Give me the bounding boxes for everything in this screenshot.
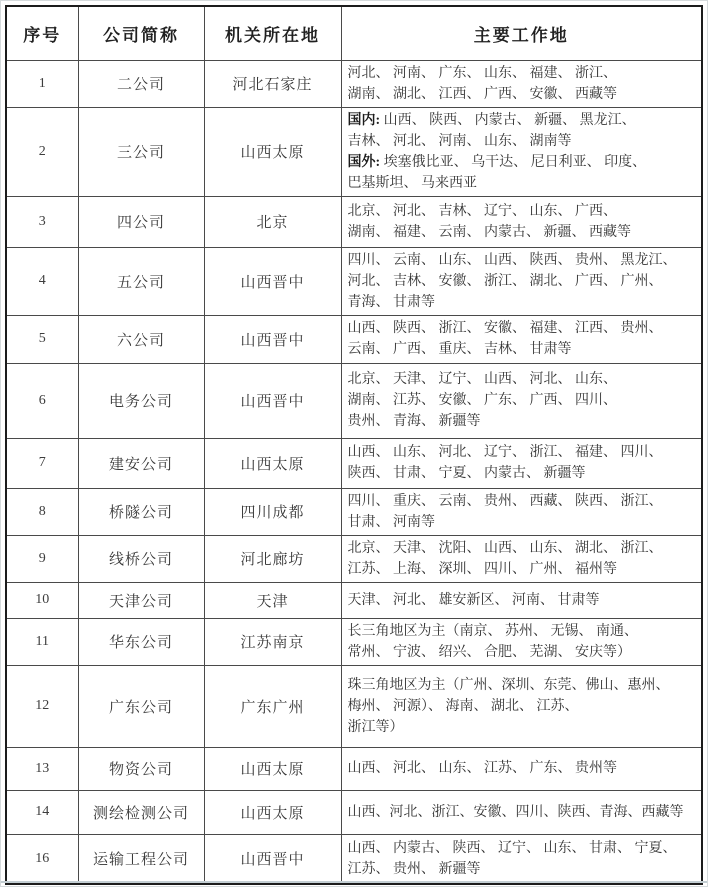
company-name-cell: 建安公司: [78, 438, 204, 488]
hq-location-cell: 河北石家庄: [204, 60, 341, 107]
table-row: 8桥隧公司四川成都四川、 重庆、 云南、 贵州、 西藏、 陕西、 浙江、 甘肃、…: [6, 488, 702, 535]
table-body: 1二公司河北石家庄河北、 河南、 广东、 山东、 福建、 浙江、 湖南、 湖北、…: [6, 60, 702, 884]
table-row: 9线桥公司河北廊坊北京、 天津、 沈阳、 山西、 山东、 湖北、 浙江、 江苏、…: [6, 535, 702, 582]
work-location-line: 长三角地区为主（南京、 苏州、 无锡、 南通、 常州、 宁波、 绍兴、 合肥、 …: [348, 621, 696, 663]
hq-location-cell: 天津: [204, 582, 341, 618]
table-row: 14测绘检测公司山西太原山西、河北、浙江、安徽、四川、陕西、青海、西藏等: [6, 790, 702, 834]
row-number-cell: 3: [6, 196, 78, 247]
company-name-cell: 二公司: [78, 60, 204, 107]
work-location-cell: 山西、 陕西、 浙江、 安徽、 福建、 江西、 贵州、 云南、 广西、 重庆、 …: [341, 315, 702, 363]
company-name-cell: 电务公司: [78, 363, 204, 438]
company-name-cell: 广东公司: [78, 665, 204, 747]
work-location-line: 山西、 河北、 山东、 江苏、 广东、 贵州等: [348, 758, 696, 779]
work-location-line: 珠三角地区为主（广州、深圳、东莞、佛山、惠州、 梅州、 河源）、 海南、 湖北、…: [348, 675, 696, 738]
header-cell-worklocation: 主要工作地: [341, 6, 702, 60]
work-location-text: 山西、 陕西、 内蒙古、 新疆、 黑龙江、 吉林、 河北、 河南、 山东、 湖南…: [348, 113, 636, 149]
work-location-text: 山西、河北、浙江、安徽、四川、陕西、青海、西藏等: [348, 805, 684, 820]
table-row: 4五公司山西晋中四川、 云南、 山东、 山西、 陕西、 贵州、 黑龙江、 河北、…: [6, 247, 702, 315]
header-cell-hq: 机关所在地: [204, 6, 341, 60]
work-location-text: 山西、 内蒙古、 陕西、 辽宁、 山东、 甘肃、 宁夏、 江苏、 贵州、 新疆等: [348, 841, 677, 877]
work-location-line: 北京、 河北、 吉林、 辽宁、 山东、 广西、 湖南、 福建、 云南、 内蒙古、…: [348, 201, 696, 243]
hq-location-cell: 北京: [204, 196, 341, 247]
work-location-text: 北京、 天津、 辽宁、 山西、 河北、 山东、 湖南、 江苏、 安徽、 广东、 …: [348, 372, 618, 429]
hq-location-cell: 山西晋中: [204, 834, 341, 884]
work-location-line: 河北、 河南、 广东、 山东、 福建、 浙江、 湖南、 湖北、 江西、 广西、 …: [348, 63, 696, 105]
work-location-table: 序号 公司简称 机关所在地 主要工作地 1二公司河北石家庄河北、 河南、 广东、…: [5, 5, 703, 885]
hq-location-cell: 江苏南京: [204, 618, 341, 665]
header-cell-no: 序号: [6, 6, 78, 60]
work-location-cell: 山西、 内蒙古、 陕西、 辽宁、 山东、 甘肃、 宁夏、 江苏、 贵州、 新疆等: [341, 834, 702, 884]
company-name-cell: 六公司: [78, 315, 204, 363]
hq-location-cell: 山西太原: [204, 790, 341, 834]
work-location-cell: 长三角地区为主（南京、 苏州、 无锡、 南通、 常州、 宁波、 绍兴、 合肥、 …: [341, 618, 702, 665]
work-location-line: 国内: 山西、 陕西、 内蒙古、 新疆、 黑龙江、 吉林、 河北、 河南、 山东…: [348, 110, 696, 152]
row-number-cell: 9: [6, 535, 78, 582]
work-location-line: 北京、 天津、 辽宁、 山西、 河北、 山东、 湖南、 江苏、 安徽、 广东、 …: [348, 369, 696, 432]
work-location-text: 珠三角地区为主（广州、深圳、东莞、佛山、惠州、 梅州、 河源）、 海南、 湖北、…: [348, 678, 670, 735]
work-location-text: 山西、 陕西、 浙江、 安徽、 福建、 江西、 贵州、 云南、 广西、 重庆、 …: [348, 321, 663, 357]
hq-location-cell: 广东广州: [204, 665, 341, 747]
hq-location-cell: 山西太原: [204, 747, 341, 790]
work-location-cell: 四川、 重庆、 云南、 贵州、 西藏、 陕西、 浙江、 甘肃、 河南等: [341, 488, 702, 535]
work-location-text: 埃塞俄比亚、 乌干达、 尼日利亚、 印度、 巴基斯坦、 马来西亚: [348, 155, 647, 191]
table-row: 13物资公司山西太原山西、 河北、 山东、 江苏、 广东、 贵州等: [6, 747, 702, 790]
work-location-cell: 四川、 云南、 山东、 山西、 陕西、 贵州、 黑龙江、 河北、 吉林、 安徽、…: [341, 247, 702, 315]
work-location-line: 山西、河北、浙江、安徽、四川、陕西、青海、西藏等: [348, 802, 696, 823]
work-location-cell: 天津、 河北、 雄安新区、 河南、 甘肃等: [341, 582, 702, 618]
table-row: 16运输工程公司山西晋中山西、 内蒙古、 陕西、 辽宁、 山东、 甘肃、 宁夏、…: [6, 834, 702, 884]
work-location-cell: 北京、 天津、 辽宁、 山西、 河北、 山东、 湖南、 江苏、 安徽、 广东、 …: [341, 363, 702, 438]
company-name-cell: 天津公司: [78, 582, 204, 618]
work-location-line: 四川、 重庆、 云南、 贵州、 西藏、 陕西、 浙江、 甘肃、 河南等: [348, 491, 696, 533]
table-row: 2三公司山西太原国内: 山西、 陕西、 内蒙古、 新疆、 黑龙江、 吉林、 河北…: [6, 107, 702, 196]
work-location-text: 山西、 山东、 河北、 辽宁、 浙江、 福建、 四川、 陕西、 甘肃、 宁夏、 …: [348, 445, 663, 481]
table-row: 1二公司河北石家庄河北、 河南、 广东、 山东、 福建、 浙江、 湖南、 湖北、…: [6, 60, 702, 107]
company-name-cell: 四公司: [78, 196, 204, 247]
work-location-line: 山西、 陕西、 浙江、 安徽、 福建、 江西、 贵州、 云南、 广西、 重庆、 …: [348, 318, 696, 360]
work-location-text: 四川、 重庆、 云南、 贵州、 西藏、 陕西、 浙江、 甘肃、 河南等: [348, 494, 663, 530]
work-location-line: 国外: 埃塞俄比亚、 乌干达、 尼日利亚、 印度、 巴基斯坦、 马来西亚: [348, 152, 696, 194]
hq-location-cell: 山西晋中: [204, 363, 341, 438]
hq-location-cell: 四川成都: [204, 488, 341, 535]
page-bottom-rule: [1, 881, 707, 883]
row-number-cell: 13: [6, 747, 78, 790]
table-wrapper: 序号 公司简称 机关所在地 主要工作地 1二公司河北石家庄河北、 河南、 广东、…: [5, 5, 703, 885]
table-row: 10天津公司天津天津、 河北、 雄安新区、 河南、 甘肃等: [6, 582, 702, 618]
company-name-cell: 桥隧公司: [78, 488, 204, 535]
work-location-text: 长三角地区为主（南京、 苏州、 无锡、 南通、 常州、 宁波、 绍兴、 合肥、 …: [348, 624, 639, 660]
table-row: 3四公司北京北京、 河北、 吉林、 辽宁、 山东、 广西、 湖南、 福建、 云南…: [6, 196, 702, 247]
company-name-cell: 测绘检测公司: [78, 790, 204, 834]
row-number-cell: 12: [6, 665, 78, 747]
work-location-line: 四川、 云南、 山东、 山西、 陕西、 贵州、 黑龙江、 河北、 吉林、 安徽、…: [348, 250, 696, 313]
work-location-text: 河北、 河南、 广东、 山东、 福建、 浙江、 湖南、 湖北、 江西、 广西、 …: [348, 66, 618, 102]
work-location-cell: 山西、 山东、 河北、 辽宁、 浙江、 福建、 四川、 陕西、 甘肃、 宁夏、 …: [341, 438, 702, 488]
header-row: 序号 公司简称 机关所在地 主要工作地: [6, 6, 702, 60]
header-cell-company: 公司简称: [78, 6, 204, 60]
work-location-cell: 北京、 河北、 吉林、 辽宁、 山东、 广西、 湖南、 福建、 云南、 内蒙古、…: [341, 196, 702, 247]
company-name-cell: 运输工程公司: [78, 834, 204, 884]
scope-label: 国内:: [348, 113, 381, 128]
table-row: 5六公司山西晋中山西、 陕西、 浙江、 安徽、 福建、 江西、 贵州、 云南、 …: [6, 315, 702, 363]
table-row: 11华东公司江苏南京长三角地区为主（南京、 苏州、 无锡、 南通、 常州、 宁波…: [6, 618, 702, 665]
table-row: 12广东公司广东广州珠三角地区为主（广州、深圳、东莞、佛山、惠州、 梅州、 河源…: [6, 665, 702, 747]
table-row: 6电务公司山西晋中北京、 天津、 辽宁、 山西、 河北、 山东、 湖南、 江苏、…: [6, 363, 702, 438]
work-location-text: 北京、 河北、 吉林、 辽宁、 山东、 广西、 湖南、 福建、 云南、 内蒙古、…: [348, 204, 632, 240]
row-number-cell: 7: [6, 438, 78, 488]
row-number-cell: 2: [6, 107, 78, 196]
work-location-cell: 河北、 河南、 广东、 山东、 福建、 浙江、 湖南、 湖北、 江西、 广西、 …: [341, 60, 702, 107]
work-location-cell: 山西、 河北、 山东、 江苏、 广东、 贵州等: [341, 747, 702, 790]
work-location-line: 山西、 内蒙古、 陕西、 辽宁、 山东、 甘肃、 宁夏、 江苏、 贵州、 新疆等: [348, 838, 696, 880]
work-location-line: 山西、 山东、 河北、 辽宁、 浙江、 福建、 四川、 陕西、 甘肃、 宁夏、 …: [348, 442, 696, 484]
hq-location-cell: 山西太原: [204, 438, 341, 488]
row-number-cell: 16: [6, 834, 78, 884]
row-number-cell: 14: [6, 790, 78, 834]
hq-location-cell: 山西晋中: [204, 315, 341, 363]
row-number-cell: 10: [6, 582, 78, 618]
work-location-text: 天津、 河北、 雄安新区、 河南、 甘肃等: [348, 593, 600, 608]
row-number-cell: 5: [6, 315, 78, 363]
hq-location-cell: 河北廊坊: [204, 535, 341, 582]
company-name-cell: 五公司: [78, 247, 204, 315]
row-number-cell: 8: [6, 488, 78, 535]
work-location-text: 北京、 天津、 沈阳、 山西、 山东、 湖北、 浙江、 江苏、 上海、 深圳、 …: [348, 541, 663, 577]
work-location-text: 山西、 河北、 山东、 江苏、 广东、 贵州等: [348, 761, 618, 776]
hq-location-cell: 山西太原: [204, 107, 341, 196]
company-name-cell: 物资公司: [78, 747, 204, 790]
work-location-text: 四川、 云南、 山东、 山西、 陕西、 贵州、 黑龙江、 河北、 吉林、 安徽、…: [348, 253, 677, 310]
row-number-cell: 4: [6, 247, 78, 315]
scope-label: 国外:: [348, 155, 381, 170]
row-number-cell: 1: [6, 60, 78, 107]
work-location-cell: 山西、河北、浙江、安徽、四川、陕西、青海、西藏等: [341, 790, 702, 834]
work-location-line: 天津、 河北、 雄安新区、 河南、 甘肃等: [348, 590, 696, 611]
work-location-cell: 国内: 山西、 陕西、 内蒙古、 新疆、 黑龙江、 吉林、 河北、 河南、 山东…: [341, 107, 702, 196]
document-page: 序号 公司简称 机关所在地 主要工作地 1二公司河北石家庄河北、 河南、 广东、…: [0, 0, 708, 887]
hq-location-cell: 山西晋中: [204, 247, 341, 315]
table-row: 7建安公司山西太原山西、 山东、 河北、 辽宁、 浙江、 福建、 四川、 陕西、…: [6, 438, 702, 488]
company-name-cell: 华东公司: [78, 618, 204, 665]
row-number-cell: 6: [6, 363, 78, 438]
work-location-cell: 北京、 天津、 沈阳、 山西、 山东、 湖北、 浙江、 江苏、 上海、 深圳、 …: [341, 535, 702, 582]
company-name-cell: 三公司: [78, 107, 204, 196]
row-number-cell: 11: [6, 618, 78, 665]
company-name-cell: 线桥公司: [78, 535, 204, 582]
work-location-cell: 珠三角地区为主（广州、深圳、东莞、佛山、惠州、 梅州、 河源）、 海南、 湖北、…: [341, 665, 702, 747]
work-location-line: 北京、 天津、 沈阳、 山西、 山东、 湖北、 浙江、 江苏、 上海、 深圳、 …: [348, 538, 696, 580]
